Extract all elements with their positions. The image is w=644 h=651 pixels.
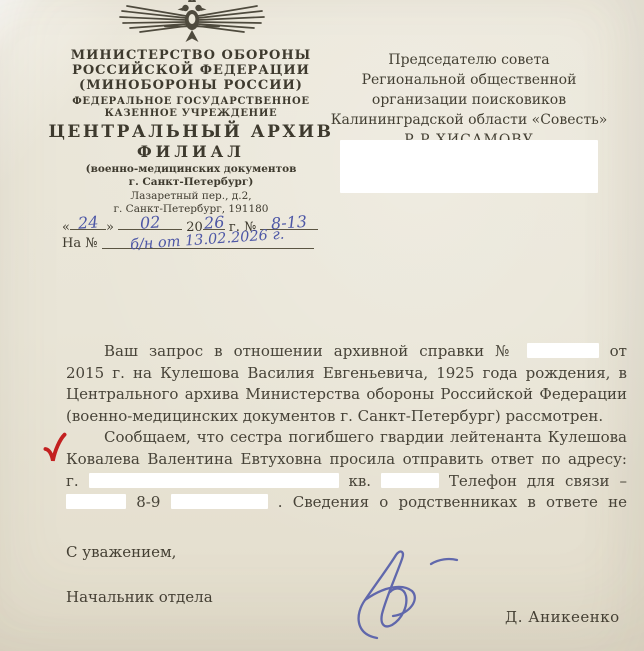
date-reference-block: «24» 02 2026 г. № 8-13 На № б/н от 13.02… — [62, 216, 362, 254]
double-headed-eagle-icon — [117, 0, 267, 46]
body-line: Ковалева Валентина Евтуховна просила отп… — [66, 449, 627, 471]
reference-label: На № — [62, 236, 98, 251]
body-text: Сообщаем, что сестра погибшего гвардии л… — [66, 428, 627, 449]
archive-title: ЦЕНТРАЛЬНЫЙ АРХИВ — [38, 123, 344, 141]
handwritten-month: 02 — [139, 212, 161, 232]
day-blank: 24 — [70, 216, 106, 230]
ministry-name-line: РОССИЙСКОЙ ФЕДЕРАЦИИ — [38, 63, 344, 78]
sender-address-line: Лазаретный пер., д.2, — [38, 190, 344, 203]
body-text: кв. — [348, 472, 371, 490]
redaction-box — [66, 494, 126, 509]
letter-body: Ваш запрос в отношении архивной справки … — [66, 341, 627, 514]
month-blank: 02 — [118, 216, 182, 230]
addressee-line: организации поисковиков — [330, 90, 608, 110]
reference-line: На № б/н от 13.02.2026 г. — [62, 235, 362, 254]
branch-title: ФИЛИАЛ — [38, 143, 344, 160]
body-text: Центрального архива Министерства обороны… — [66, 385, 627, 403]
ministry-name-line: (МИНОБОРОНЫ РОССИИ) — [38, 78, 344, 93]
body-line: (военно-медицинских документов г. Санкт-… — [66, 406, 627, 428]
scanned-letter-page: МИНИСТЕРСТВО ОБОРОНЫ РОССИЙСКОЙ ФЕДЕРАЦИ… — [0, 0, 644, 651]
body-line: Сообщаем, что сестра погибшего гвардии л… — [66, 427, 627, 449]
open-quote: « — [62, 220, 70, 235]
red-check-icon — [42, 432, 68, 466]
handwritten-day: 24 — [77, 212, 99, 232]
body-line: Центрального архива Министерства обороны… — [66, 384, 627, 406]
body-text: г. — [66, 472, 79, 490]
body-line: Ваш запрос в отношении архивной справки … — [66, 341, 627, 363]
redaction-box — [171, 494, 268, 509]
branch-subtitle-line: г. Санкт-Петербург) — [38, 176, 344, 189]
ministry-name-line: МИНИСТЕРСТВО ОБОРОНЫ — [38, 48, 344, 63]
redaction-box — [89, 473, 339, 488]
branch-subtitle-line: (военно-медицинских документов — [38, 163, 344, 176]
letterhead: МИНИСТЕРСТВО ОБОРОНЫ РОССИЙСКОЙ ФЕДЕРАЦИ… — [38, 48, 344, 215]
body-text: (военно-медицинских документов г. Санкт-… — [66, 407, 603, 425]
body-line: 2015 г. на Кулешова Василия Евгеньевича,… — [66, 363, 627, 385]
redaction-block — [340, 140, 598, 193]
redaction-box — [381, 473, 439, 488]
addressee-line: Региональной общественной — [330, 70, 608, 90]
redaction-box — [527, 343, 599, 358]
body-line: г. кв. Телефон для связи – дочь — [66, 471, 627, 493]
body-text: от — [610, 342, 627, 360]
body-text: 8-9 — [136, 493, 160, 511]
body-line: 8-9 . Сведения о родственниках в ответе … — [66, 492, 627, 514]
addressee-line: Калининградской области «Совесть» — [330, 110, 608, 130]
close-quote: » — [106, 220, 114, 235]
addressee-block: Председателю совета Региональной обществ… — [330, 50, 608, 150]
handwritten-year: 26 — [203, 212, 225, 232]
institution-type-line: ФЕДЕРАЛЬНОЕ ГОСУДАРСТВЕННОЕ — [38, 96, 344, 108]
body-text: 2015 г. на Кулешова Василия Евгеньевича,… — [66, 364, 627, 385]
institution-type-line: КАЗЕННОЕ УЧРЕЖДЕНИЕ — [38, 108, 344, 120]
signer-position: Начальник отдела — [66, 588, 213, 606]
signer-name: Д. Аникеенко — [505, 608, 620, 626]
year-blank: 26 — [203, 216, 225, 230]
reference-blank: б/н от 13.02.2026 г. — [102, 235, 314, 249]
salutation: С уважением, — [66, 543, 176, 561]
body-text: Ковалева Валентина Евтуховна просила отп… — [66, 450, 627, 468]
addressee-line: Председателю совета — [330, 50, 608, 70]
handwritten-signature — [335, 548, 475, 643]
body-text: Ваш запрос в отношении архивной справки … — [104, 342, 516, 360]
